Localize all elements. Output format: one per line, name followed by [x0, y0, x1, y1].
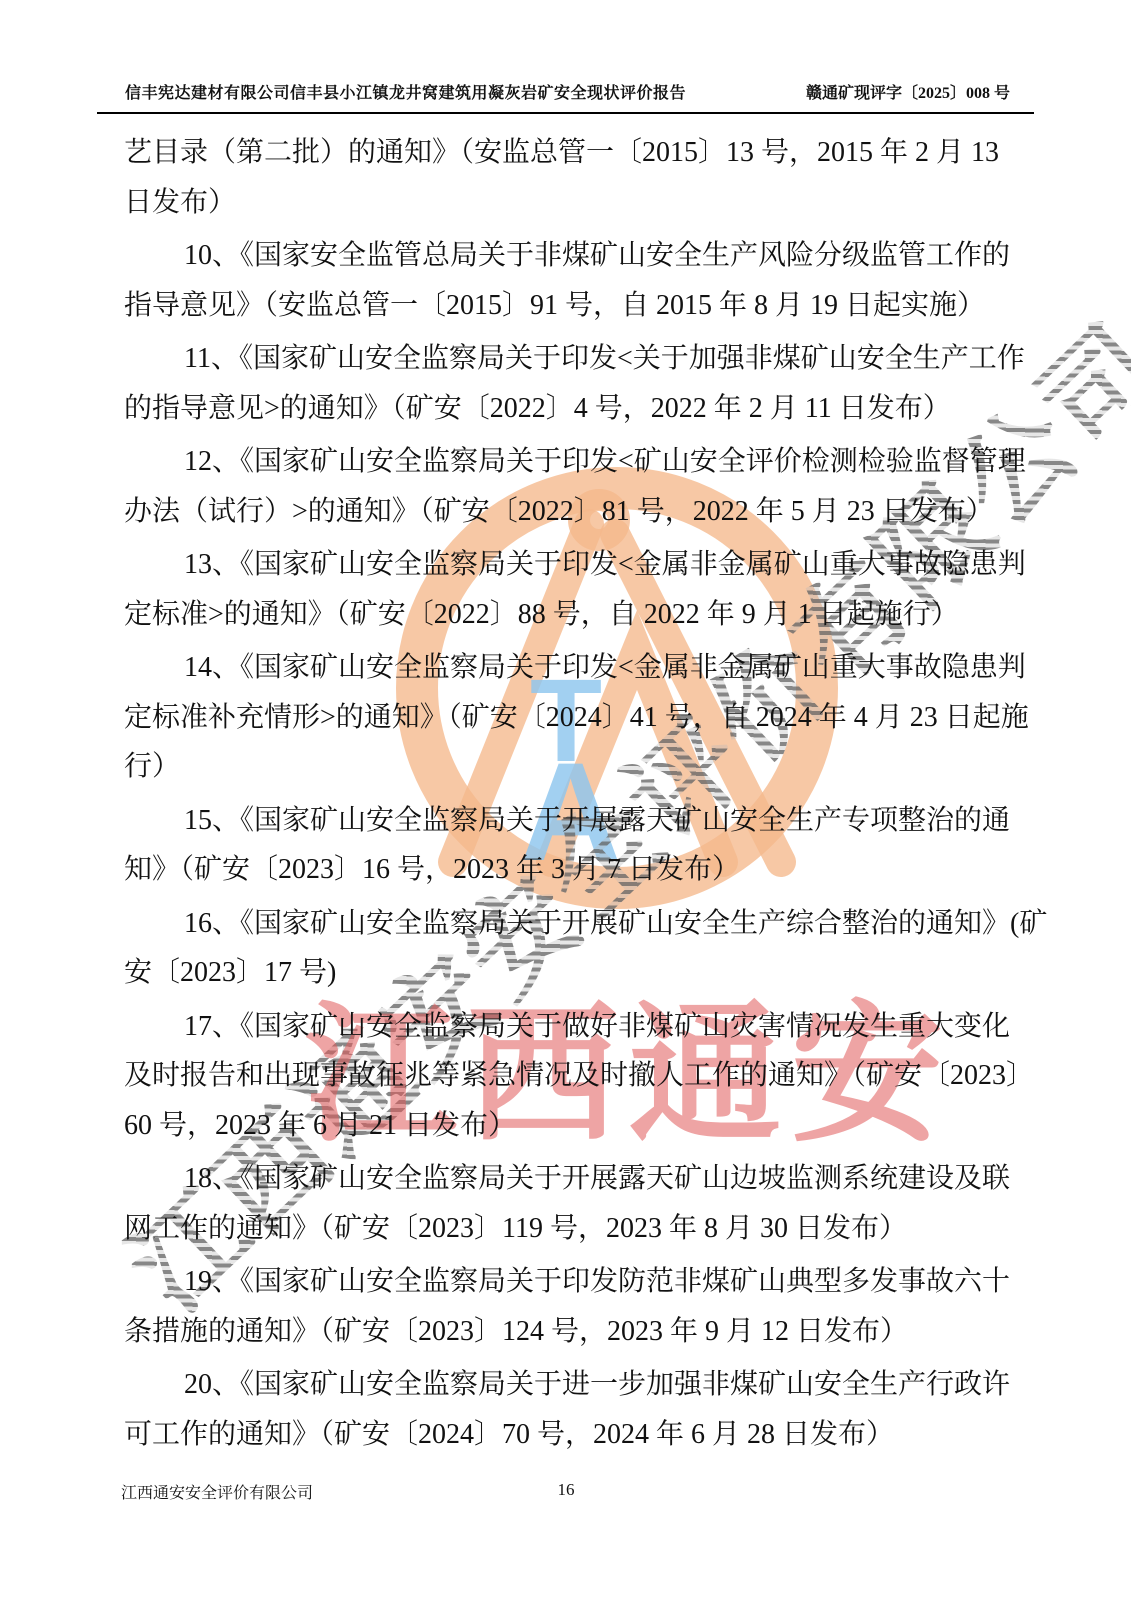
- body-line: 定标准>的通知》（矿安〔2022〕88 号，自 2022 年 9 月 1 日起施…: [124, 590, 1014, 640]
- paragraph: 14、《国家矿山安全监察局关于印发<金属非金属矿山重大事故隐患判定标准补充情形>…: [124, 643, 1014, 792]
- body-line: 19、《国家矿山安全监察局关于印发防范非煤矿山典型多发事故六十: [124, 1257, 1014, 1307]
- paragraph: 19、《国家矿山安全监察局关于印发防范非煤矿山典型多发事故六十条措施的通知》（矿…: [124, 1257, 1014, 1356]
- body-line: 条措施的通知》（矿安〔2023〕124 号，2023 年 9 月 12 日发布）: [124, 1307, 1014, 1357]
- paragraph: 10、《国家安全监管总局关于非煤矿山安全生产风险分级监管工作的指导意见》（安监总…: [124, 231, 1014, 330]
- body-line: 办法（试行）>的通知》（矿安〔2022〕81 号，2022 年 5 月 23 日…: [124, 487, 1014, 537]
- body-line: 13、《国家矿山安全监察局关于印发<金属非金属矿山重大事故隐患判: [124, 540, 1014, 590]
- body-line: 日发布）: [124, 178, 1014, 228]
- body-line: 14、《国家矿山安全监察局关于印发<金属非金属矿山重大事故隐患判: [124, 643, 1014, 693]
- body-line: 11、《国家矿山安全监察局关于印发<关于加强非煤矿山安全生产工作: [124, 334, 1014, 384]
- paragraph: 13、《国家矿山安全监察局关于印发<金属非金属矿山重大事故隐患判定标准>的通知》…: [124, 540, 1014, 639]
- page-number: 16: [124, 1480, 1008, 1500]
- body-line: 的指导意见>的通知》（矿安〔2022〕4 号，2022 年 2 月 11 日发布…: [124, 384, 1014, 434]
- body-line: 20、《国家矿山安全监察局关于进一步加强非煤矿山安全生产行政许: [124, 1360, 1014, 1410]
- body-line: 可工作的通知》（矿安〔2024〕70 号，2024 年 6 月 28 日发布）: [124, 1410, 1014, 1460]
- header-report-title: 信丰宪达建材有限公司信丰县小江镇龙井窝建筑用凝灰岩矿安全现状评价报告: [125, 80, 686, 103]
- document-page: T A 江西通安安全评价有限公司 江西通安 信丰宪达建材有限公司信丰县小江镇龙井…: [0, 0, 1131, 1600]
- paragraph: 17、《国家矿山安全监察局关于做好非煤矿山灾害情况发生重大变化及时报告和出现事故…: [124, 1002, 1014, 1151]
- body-line: 18、《国家矿山安全监察局关于开展露天矿山边坡监测系统建设及联: [124, 1154, 1014, 1204]
- body-line: 60 号，2023 年 6 月 21 日发布）: [124, 1101, 1014, 1151]
- body-line: 知》（矿安〔2023〕16 号，2023 年 3 月 7 日发布）: [124, 845, 1014, 895]
- paragraph: 16、《国家矿山安全监察局关于开展矿山安全生产综合整治的通知》(矿安〔2023〕…: [124, 899, 1014, 998]
- body-line: 及时报告和出现事故征兆等紧急情况及时撤人工作的通知》（矿安〔2023〕: [124, 1051, 1014, 1101]
- body-text: 艺目录（第二批）的通知》（安监总管一〔2015〕13 号，2015 年 2 月 …: [124, 128, 1014, 1463]
- body-line: 艺目录（第二批）的通知》（安监总管一〔2015〕13 号，2015 年 2 月 …: [124, 128, 1014, 178]
- paragraph: 15、《国家矿山安全监察局关于开展露天矿山安全生产专项整治的通知》（矿安〔202…: [124, 796, 1014, 895]
- header-doc-number: 赣通矿现评字〔2025〕008 号: [806, 80, 1010, 103]
- body-line: 15、《国家矿山安全监察局关于开展露天矿山安全生产专项整治的通: [124, 796, 1014, 846]
- paragraph: 20、《国家矿山安全监察局关于进一步加强非煤矿山安全生产行政许可工作的通知》（矿…: [124, 1360, 1014, 1459]
- paragraph: 11、《国家矿山安全监察局关于印发<关于加强非煤矿山安全生产工作的指导意见>的通…: [124, 334, 1014, 433]
- header-rule: [97, 112, 1034, 114]
- body-line: 网工作的通知》（矿安〔2023〕119 号，2023 年 8 月 30 日发布）: [124, 1204, 1014, 1254]
- paragraph: 18、《国家矿山安全监察局关于开展露天矿山边坡监测系统建设及联网工作的通知》（矿…: [124, 1154, 1014, 1253]
- paragraph: 12、《国家矿山安全监察局关于印发<矿山安全评价检测检验监督管理办法（试行）>的…: [124, 437, 1014, 536]
- body-line: 10、《国家安全监管总局关于非煤矿山安全生产风险分级监管工作的: [124, 231, 1014, 281]
- body-line: 指导意见》（安监总管一〔2015〕91 号，自 2015 年 8 月 19 日起…: [124, 281, 1014, 331]
- body-line: 定标准补充情形>的通知》（矿安〔2024〕41 号，自 2024 年 4 月 2…: [124, 693, 1014, 743]
- body-line: 12、《国家矿山安全监察局关于印发<矿山安全评价检测检验监督管理: [124, 437, 1014, 487]
- paragraph: 艺目录（第二批）的通知》（安监总管一〔2015〕13 号，2015 年 2 月 …: [124, 128, 1014, 227]
- body-line: 17、《国家矿山安全监察局关于做好非煤矿山灾害情况发生重大变化: [124, 1002, 1014, 1052]
- body-line: 安〔2023〕17 号): [124, 948, 1014, 998]
- body-line: 行）: [124, 742, 1014, 792]
- body-line: 16、《国家矿山安全监察局关于开展矿山安全生产综合整治的通知》(矿: [124, 899, 1014, 949]
